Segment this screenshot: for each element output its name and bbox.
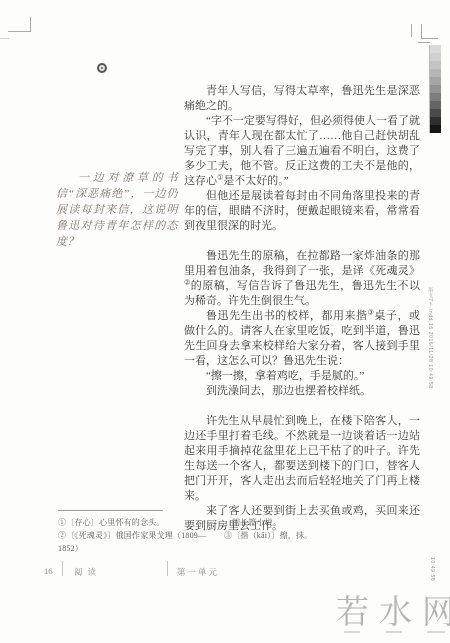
crop-mark-top-right-icon — [421, 38, 438, 39]
footnote-divider — [58, 510, 163, 511]
footer-section-label: 阅读 — [74, 566, 101, 578]
footnote-column-left: ①〔存心〕心里怀有的念头。 ②〔《死魂灵》〕俄国作家果戈理（1809—1852） — [58, 516, 223, 555]
footnote-marker: ② — [184, 278, 191, 286]
paragraph: 但他还是展读着每封由不同角落里投来的青年的信，眼睛不济时，便戴起眼镜来看，常常看… — [184, 189, 420, 234]
footer-divider — [62, 561, 63, 576]
crop-mark-top-left-icon — [0, 38, 9, 39]
crop-mark-top-left-icon — [8, 31, 31, 32]
watermark: 若水网 — [336, 586, 450, 633]
footer-unit-label: 第一单元 — [177, 566, 219, 578]
paragraph: 到洗澡间去，那边也摆着校样纸。 — [184, 384, 420, 399]
print-note-vertical: 10:49:58 — [429, 557, 435, 593]
crop-mark-top-right-icon — [421, 24, 422, 39]
crop-mark-top-left-icon — [30, 17, 31, 32]
footnote-line: ②〔《死魂灵》〕俄国作家果戈理（1809—1852） — [58, 529, 223, 555]
watermark-underline — [344, 631, 360, 633]
footer-divider — [167, 561, 168, 576]
footnote-line: 的长篇小说。 — [224, 516, 394, 529]
footnote-marker: ① — [217, 173, 223, 181]
margin-note: 一边对潦草的书信“深恶痛绝”，一边仍展读每封来信，这说明鲁迅对待青年怎样的态度？ — [56, 170, 178, 250]
footnote-column-right: 的长篇小说。 ③〔揩（kāi）〕擦，抹。 — [224, 516, 394, 542]
article-text: 青年人写信，写得太草率，鲁迅先生是深恶痛绝之的。“字不一定要写得好，但必须得使人… — [184, 84, 420, 534]
paragraph: “擦一擦，拿着鸡吃，手是腻的。” — [184, 369, 420, 384]
scanned-textbook-page: { "article": { "paragraphs": [ {"runs":[… — [0, 0, 450, 643]
footnote-line: ③〔揩（kāi）〕擦，抹。 — [224, 529, 394, 542]
paragraph: 许先生从早晨忙到晚上，在楼下陪客人，一边还手里打着毛线。不然就是一边谈着话一边站… — [184, 414, 420, 504]
print-note-vertical: 语文7下.indd 16 2016/11/28 10:49:58 — [427, 287, 434, 395]
paragraph: 青年人写信，写得太草率，鲁迅先生是深恶痛绝之的。 — [184, 84, 420, 114]
footnote-marker: ③ — [368, 308, 375, 316]
paragraph: 鲁迅先生的原稿，在拉都路一家炸油条的那里用着包油条，我得到了一张，是译《死魂灵》… — [184, 249, 420, 309]
watermark-underline — [427, 631, 445, 633]
grayscale-calibration-strip — [429, 45, 441, 133]
footnote-line: ①〔存心〕心里怀有的念头。 — [58, 516, 223, 529]
registration-circle-icon — [97, 63, 107, 73]
watermark-underline — [386, 631, 402, 633]
paragraph: “字不一定要写得好，但必须得使人一看了就认识，青年人现在都太忙了……他自己赶快胡… — [184, 114, 420, 189]
paragraph: 鲁迅先生出书的校样，都用来揩③桌子，或做什么的。请客人在家里吃饭，吃到半道，鲁迅… — [184, 309, 420, 369]
crop-mark-top-right-icon — [418, 42, 430, 43]
crop-mark-top-right-icon — [411, 24, 412, 37]
page-number: 16 — [44, 566, 53, 576]
